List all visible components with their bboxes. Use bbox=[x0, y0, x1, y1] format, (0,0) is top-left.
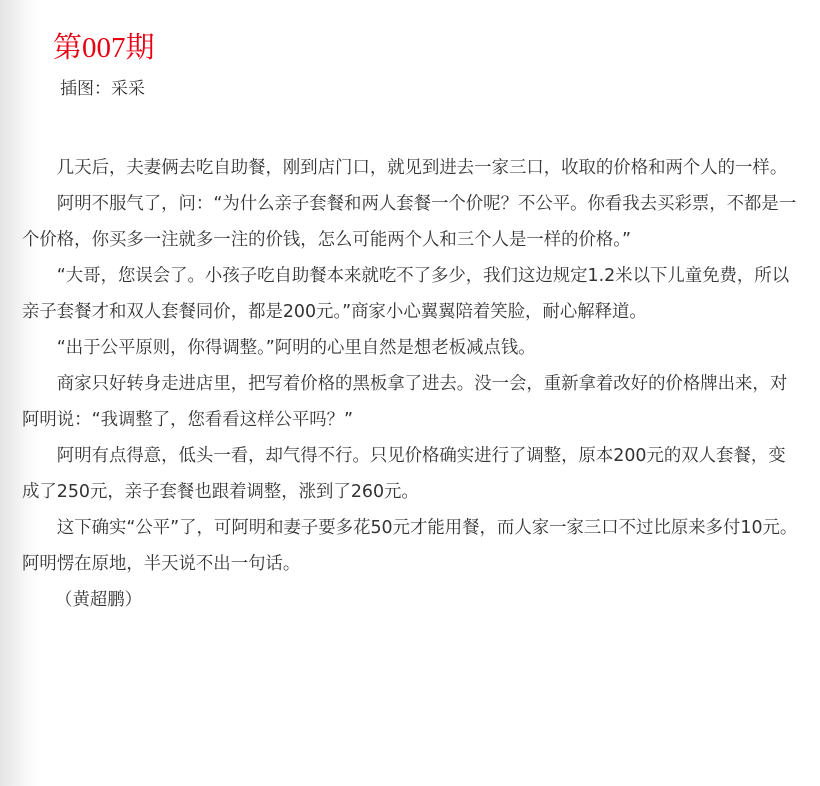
paragraph-7: 这下确实“公平”了，可阿明和妻子要多花50元才能用餐，而人家一家三口不过比原来多… bbox=[22, 510, 802, 582]
paragraph-5: 商家只好转身走进店里，把写着价格的黑板拿了进去。没一会，重新拿着改好的价格牌出来… bbox=[22, 366, 802, 438]
article-body: 几天后，夫妻俩去吃自助餐，刚到店门口，就见到进去一家三口，收取的价格和两个人的一… bbox=[22, 150, 802, 618]
paragraph-4: “出于公平原则，你得调整。”阿明的心里自然是想老板减点钱。 bbox=[22, 330, 802, 366]
paragraph-3: “大哥，您误会了。小孩子吃自助餐本来就吃不了多少，我们这边规定1.2米以下儿童免… bbox=[22, 258, 802, 330]
paragraph-6: 阿明有点得意，低头一看，却气得不行。只见价格确实进行了调整，原本200元的双人套… bbox=[22, 438, 802, 510]
paragraph-2: 阿明不服气了，问：“为什么亲子套餐和两人套餐一个价呢？不公平。你看我去买彩票，不… bbox=[22, 186, 802, 258]
paragraph-1: 几天后，夫妻俩去吃自助餐，刚到店门口，就见到进去一家三口，收取的价格和两个人的一… bbox=[22, 150, 802, 186]
issue-title: 第007期 bbox=[53, 28, 155, 68]
author-signature: （黄超鹏） bbox=[22, 582, 802, 618]
illustrator-credit: 插图：采采 bbox=[60, 76, 145, 102]
